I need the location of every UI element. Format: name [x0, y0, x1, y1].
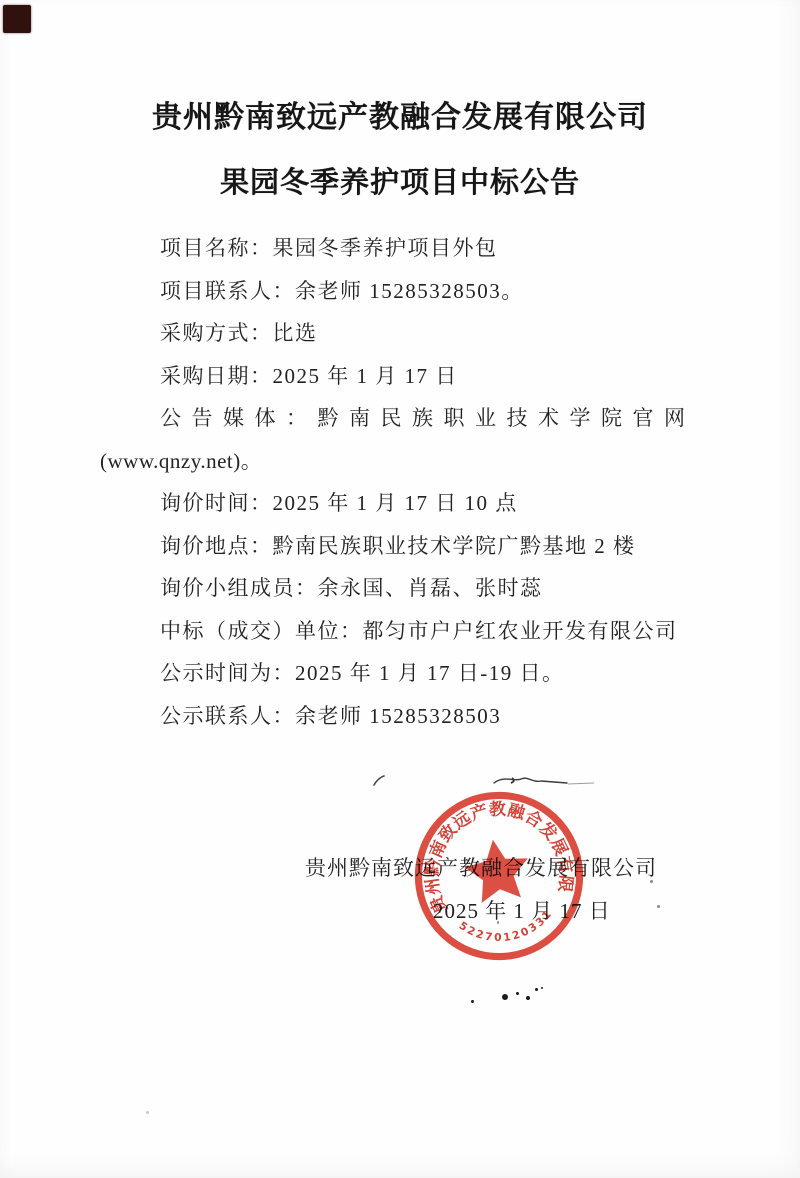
ink-speck — [146, 1111, 149, 1114]
ink-speck — [541, 987, 543, 989]
ink-speck — [526, 996, 530, 1000]
ink-speck — [535, 988, 538, 991]
body-line-inquiry-location: 询价地点：黔南民族职业技术学院广黔基地 2 楼 — [100, 525, 710, 568]
body-line-project-name: 项目名称：果园冬季养护项目外包 — [100, 227, 710, 270]
body-line-procurement-method: 采购方式：比选 — [100, 312, 710, 355]
scan-corner-mark — [3, 5, 31, 33]
star-icon — [461, 835, 533, 904]
body-line-procurement-date: 采购日期：2025 年 1 月 17 日 — [100, 355, 710, 398]
document-title-company: 贵州黔南致远产教融合发展有限公司 — [0, 92, 800, 136]
ink-speck — [516, 992, 519, 995]
body-line-website: (www.qnzy.net)。 — [100, 440, 710, 483]
ink-speck — [657, 905, 660, 908]
document-title-announcement: 果园冬季养护项目中标公告 — [0, 160, 800, 201]
document-body: 项目名称：果园冬季养护项目外包 项目联系人：余老师 15285328503。 采… — [100, 227, 710, 737]
scanned-document-page: 贵州黔南致远产教融合发展有限公司 果园冬季养护项目中标公告 项目名称：果园冬季养… — [0, 0, 800, 1178]
body-line-inquiry-panel: 询价小组成员：余永国、肖磊、张时蕊 — [100, 567, 710, 610]
pen-scribble-marks — [360, 765, 610, 805]
ink-speck — [502, 994, 508, 1000]
body-line-publicity-period: 公示时间为：2025 年 1 月 17 日-19 日。 — [100, 652, 710, 695]
ink-speck — [497, 921, 499, 924]
body-line-winning-bidder: 中标（成交）单位：都匀市户户红农业开发有限公司 — [100, 610, 710, 653]
body-line-announcement-media: 公告媒体：黔南民族职业技术学院官网 — [100, 397, 710, 440]
body-line-publicity-contact: 公示联系人：余老师 15285328503 — [100, 695, 710, 738]
ink-speck — [471, 1000, 474, 1003]
ink-speck — [650, 880, 653, 883]
body-line-project-contact: 项目联系人：余老师 15285328503。 — [100, 270, 710, 313]
body-line-inquiry-time: 询价时间：2025 年 1 月 17 日 10 点 — [100, 482, 710, 525]
